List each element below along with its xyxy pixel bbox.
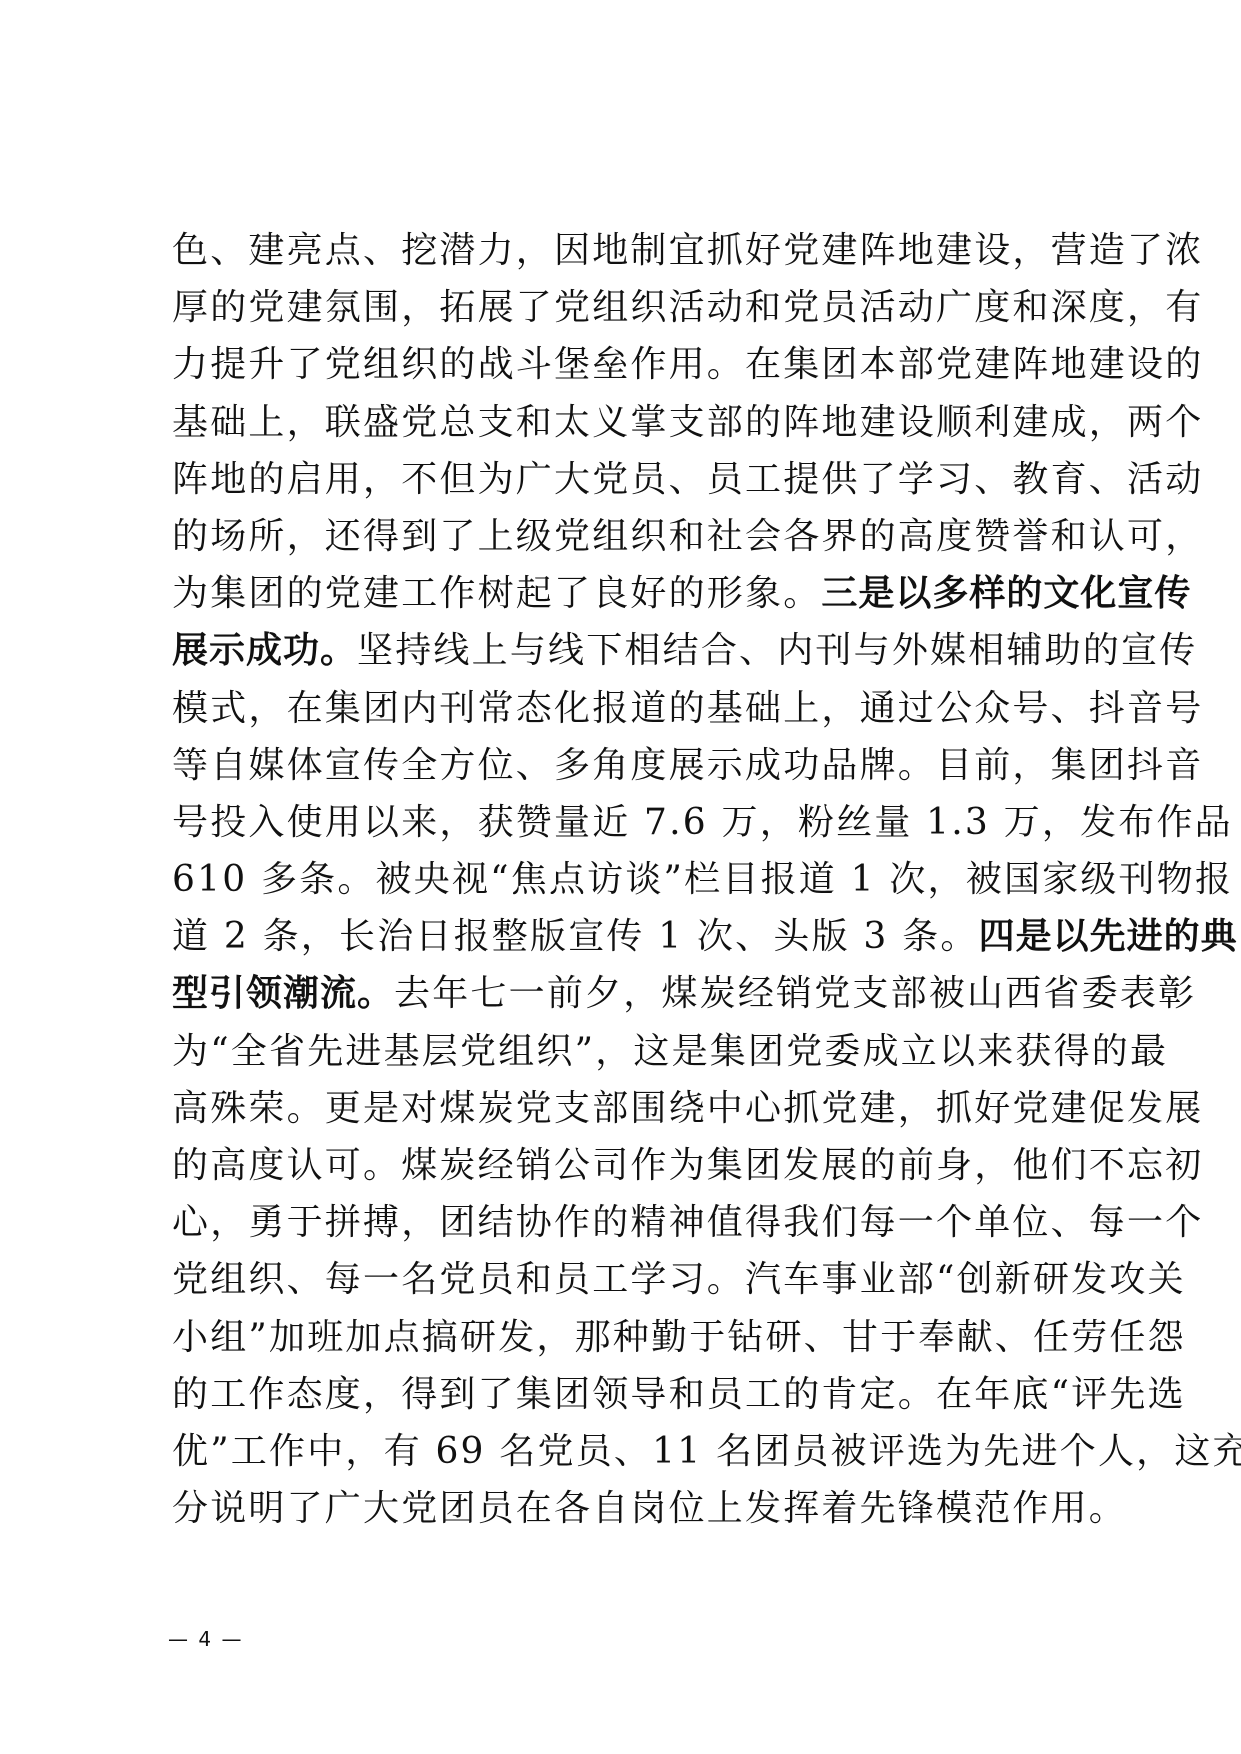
text-run: 优”工作中，有 69 名党员、11 名团员被评选为先进个人，这充 [172,1431,1241,1472]
text-run: 色、建亮点、挖潜力，因地制宜抓好党建阵地建设，营造了浓 [172,230,1203,271]
bold-heading-phrase: 展示成功。 [172,630,357,671]
text-line: 号投入使用以来，获赞量近 7.6 万，粉丝量 1.3 万，发布作品 [172,794,1077,851]
text-run: 阵地的启用，不但为广大党员、员工提供了学习、教育、活动 [172,459,1203,500]
text-run: 的场所，还得到了上级党组织和社会各界的高度赞誉和认可， [172,516,1203,557]
text-run: 为集团的党建工作树起了良好的形象。 [172,573,821,614]
text-line: 的工作态度，得到了集团领导和员工的肯定。在年底“评先选 [172,1366,1077,1423]
bold-heading-phrase: 四是以先进的典 [979,916,1238,957]
text-run: 高殊荣。更是对煤炭党支部围绕中心抓党建，抓好党建促发展 [172,1088,1203,1129]
text-line: 型引领潮流。去年七一前夕，煤炭经销党支部被山西省委表彰 [172,965,1077,1022]
text-line: 为集团的党建工作树起了良好的形象。三是以多样的文化宣传 [172,565,1077,622]
text-run: 党组织、每一名党员和员工学习。汽车事业部“创新研发攻关 [172,1259,1186,1300]
text-run: 的工作态度，得到了集团领导和员工的肯定。在年底“评先选 [172,1374,1186,1415]
text-run: 坚持线上与线下相结合、内刊与外媒相辅助的宣传 [357,630,1197,671]
text-line: 道 2 条，长治日报整版宣传 1 次、头版 3 条。四是以先进的典 [172,908,1077,965]
text-run: 小组”加班加点搞研发，那种勤于钻研、甘于奉献、任劳任怨 [172,1317,1186,1358]
text-line: 基础上，联盛党总支和太义掌支部的阵地建设顺利建成，两个 [172,394,1077,451]
text-line: 优”工作中，有 69 名党员、11 名团员被评选为先进个人，这充 [172,1423,1077,1480]
text-run: 号投入使用以来，获赞量近 7.6 万，粉丝量 1.3 万，发布作品 [172,802,1233,843]
text-line: 党组织、每一名党员和员工学习。汽车事业部“创新研发攻关 [172,1251,1077,1308]
text-line: 厚的党建氛围，拓展了党组织活动和党员活动广度和深度，有 [172,279,1077,336]
text-line: 高殊荣。更是对煤炭党支部围绕中心抓党建，抓好党建促发展 [172,1080,1077,1137]
text-line: 的场所，还得到了上级党组织和社会各界的高度赞誉和认可， [172,508,1077,565]
text-line: 阵地的启用，不但为广大党员、员工提供了学习、教育、活动 [172,451,1077,508]
text-run: 心，勇于拼搏，团结协作的精神值得我们每一个单位、每一个 [172,1202,1203,1243]
text-run: 道 2 条，长治日报整版宣传 1 次、头版 3 条。 [172,916,979,957]
bold-heading-phrase: 型引领潮流。 [172,973,394,1014]
text-run: 610 多条。被央视“焦点访谈”栏目报道 1 次，被国家级刊物报 [172,859,1233,900]
text-line: 模式，在集团内刊常态化报道的基础上，通过公众号、抖音号 [172,680,1077,737]
text-line: 的高度认可。煤炭经销公司作为集团发展的前身，他们不忘初 [172,1137,1077,1194]
text-run: 的高度认可。煤炭经销公司作为集团发展的前身，他们不忘初 [172,1145,1203,1186]
page-number: — 4 — [168,1627,243,1651]
text-line: 为“全省先进基层党组织”，这是集团党委成立以来获得的最 [172,1023,1077,1080]
bold-heading-phrase: 三是以多样的文化宣传 [821,573,1191,614]
text-line: 等自媒体宣传全方位、多角度展示成功品牌。目前，集团抖音 [172,737,1077,794]
text-run: 力提升了党组织的战斗堡垒作用。在集团本部党建阵地建设的 [172,344,1203,385]
text-run: 为“全省先进基层党组织”，这是集团党委成立以来获得的最 [172,1031,1168,1072]
text-line: 心，勇于拼搏，团结协作的精神值得我们每一个单位、每一个 [172,1194,1077,1251]
text-run: 分说明了广大党团员在各自岗位上发挥着先锋模范作用。 [172,1488,1127,1529]
text-line: 展示成功。坚持线上与线下相结合、内刊与外媒相辅助的宣传 [172,622,1077,679]
text-run: 厚的党建氛围，拓展了党组织活动和党员活动广度和深度，有 [172,287,1203,328]
document-page: 色、建亮点、挖潜力，因地制宜抓好党建阵地建设，营造了浓厚的党建氛围，拓展了党组织… [0,0,1241,1754]
text-line: 色、建亮点、挖潜力，因地制宜抓好党建阵地建设，营造了浓 [172,222,1077,279]
text-run: 去年七一前夕，煤炭经销党支部被山西省委表彰 [394,973,1196,1014]
text-line: 小组”加班加点搞研发，那种勤于钻研、甘于奉献、任劳任怨 [172,1309,1077,1366]
text-run: 基础上，联盛党总支和太义掌支部的阵地建设顺利建成，两个 [172,402,1203,443]
text-line: 力提升了党组织的战斗堡垒作用。在集团本部党建阵地建设的 [172,336,1077,393]
text-line: 分说明了广大党团员在各自岗位上发挥着先锋模范作用。 [172,1480,1077,1537]
text-run: 等自媒体宣传全方位、多角度展示成功品牌。目前，集团抖音 [172,745,1203,786]
body-paragraph: 色、建亮点、挖潜力，因地制宜抓好党建阵地建设，营造了浓厚的党建氛围，拓展了党组织… [172,222,1077,1537]
text-line: 610 多条。被央视“焦点访谈”栏目报道 1 次，被国家级刊物报 [172,851,1077,908]
text-run: 模式，在集团内刊常态化报道的基础上，通过公众号、抖音号 [172,688,1203,729]
